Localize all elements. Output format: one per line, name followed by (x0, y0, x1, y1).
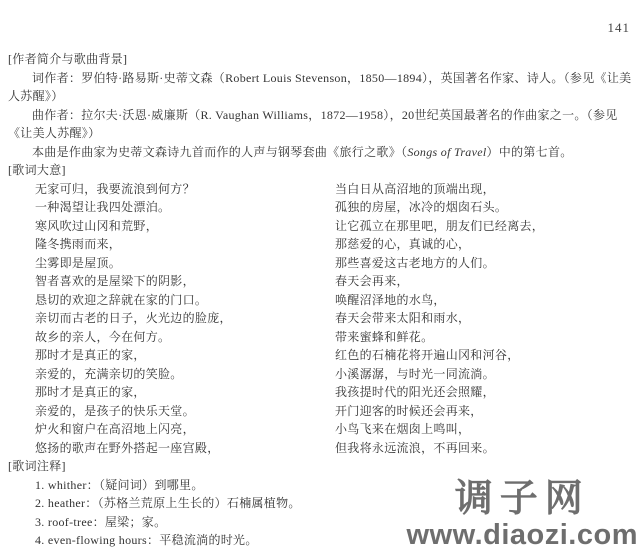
lyric-line: 一种渴望让我四处漂泊。 (35, 198, 335, 217)
lyric-line: 无家可归，我要流浪到何方？ (35, 180, 335, 199)
lyric-line: 故乡的亲人，今在何方。 (35, 328, 335, 347)
paragraph-lyricist: 词作者：罗伯特·路易斯·史蒂文森（Robert Louis Stevenson，… (8, 69, 634, 106)
work-text-post: ）中的第七首。 (486, 145, 572, 159)
lyric-line: 但我将永远流浪，不再回来。 (335, 439, 634, 458)
lyric-line: 让它孤立在那里吧，朋友们已经离去， (335, 217, 634, 236)
lyric-line: 唤醒沼泽地的水鸟， (335, 291, 634, 310)
lyrics-right-column: 当白日从高沼地的顶端出现， 孤独的房屋，冰冷的烟囱石头。 让它孤立在那里吧，朋友… (335, 180, 634, 458)
lyric-line: 春天会带来太阳和雨水， (335, 309, 634, 328)
paragraph-composer: 曲作者：拉尔夫·沃恩·威廉斯（R. Vaughan Williams，1872—… (8, 106, 634, 143)
lyric-line: 亲爱的，是孩子的快乐天堂。 (35, 402, 335, 421)
lyrics-left-column: 无家可归，我要流浪到何方？ 一种渴望让我四处漂泊。 寒风吹过山冈和荒野， 隆冬携… (8, 180, 335, 458)
lyric-line: 当白日从高沼地的顶端出现， (335, 180, 634, 199)
lyric-line: 小鸟飞来在烟囱上鸣叫， (335, 420, 634, 439)
lyric-line: 那时才是真正的家， (35, 346, 335, 365)
watermark-site-name: 调子网 (406, 480, 638, 518)
lyric-line: 红色的石楠花将开遍山冈和河谷， (335, 346, 634, 365)
lyric-line: 那些喜爱这古老地方的人们。 (335, 254, 634, 273)
lyric-line: 春天会再来， (335, 272, 634, 291)
lyric-line: 恳切的欢迎之辞就在家的门口。 (35, 291, 335, 310)
lyric-line: 开门迎客的时候还会再来， (335, 402, 634, 421)
page-number: 141 (608, 20, 631, 36)
lyrics-columns: 无家可归，我要流浪到何方？ 一种渴望让我四处漂泊。 寒风吹过山冈和荒野， 隆冬携… (8, 180, 634, 458)
lyric-line: 悠扬的歌声在野外搭起一座宫殿， (35, 439, 335, 458)
lyric-line: 炉火和窗户在高沼地上闪亮， (35, 420, 335, 439)
lyric-line: 带来蜜蜂和鲜花。 (335, 328, 634, 347)
lyric-line: 智者喜欢的是屋梁下的阴影， (35, 272, 335, 291)
work-text-pre: 本曲是作曲家为史蒂文森诗九首而作的人声与钢琴套曲《旅行之歌》（ (32, 145, 407, 159)
watermark-site-url: www.diaozi.com (406, 521, 638, 550)
watermark: 调子网 www.diaozi.com (406, 480, 638, 550)
page-content: [作者简介与歌曲背景] 词作者：罗伯特·路易斯·史蒂文森（Robert Loui… (8, 50, 634, 550)
lyric-line: 那慈爱的心，真诚的心， (335, 235, 634, 254)
lyric-line: 小溪潺潺，与时光一同流淌。 (335, 365, 634, 384)
lyric-line: 亲切而古老的日子，火光边的脸庞， (35, 309, 335, 328)
lyric-line: 寒风吹过山冈和荒野， (35, 217, 335, 236)
book-page: 141 [作者简介与歌曲背景] 词作者：罗伯特·路易斯·史蒂文森（Robert … (0, 0, 642, 552)
lyric-line: 尘雾即是屋顶。 (35, 254, 335, 273)
lyric-line: 我孩提时代的阳光还会照耀， (335, 383, 634, 402)
paragraph-work: 本曲是作曲家为史蒂文森诗九首而作的人声与钢琴套曲《旅行之歌》（Songs of … (8, 143, 634, 162)
lyric-line: 亲爱的，充满亲切的笑脸。 (35, 365, 335, 384)
notes-section-heading: [歌词注释] (8, 457, 634, 476)
work-title-english: Songs of Travel (407, 145, 486, 159)
lyrics-section-heading: [歌词大意] (8, 161, 634, 180)
lyric-line: 孤独的房屋，冰冷的烟囱石头。 (335, 198, 634, 217)
lyric-line: 那时才是真正的家， (35, 383, 335, 402)
intro-section-heading: [作者简介与歌曲背景] (8, 50, 634, 69)
lyric-line: 隆冬携雨而来， (35, 235, 335, 254)
